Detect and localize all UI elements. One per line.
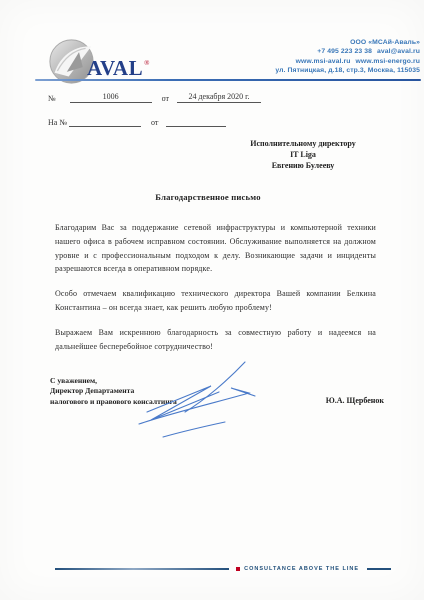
logo-text: AVAL [87, 58, 143, 79]
body-paragraph-2: Особо отмечаем квалификацию технического… [55, 287, 376, 315]
addressee-company: IT Liga [232, 149, 374, 160]
letter-title: Благодарственное письмо [0, 192, 416, 202]
footer-rule-long [55, 568, 229, 570]
reference-number-row: №1006от24 декабря 2020 г. [48, 92, 261, 103]
contact-address: ул. Пятницкая, д.18, стр.3, Москва, 1150… [275, 66, 420, 75]
contact-site1: www.msi-aval.ru [296, 58, 351, 65]
contact-site2: www.msi-energo.ru [355, 58, 420, 65]
contact-phone: +7 495 223 23 38 [317, 48, 372, 55]
reply-from-label: от [151, 118, 158, 127]
contact-email: aval@aval.ru [377, 48, 420, 55]
from-label: от [162, 94, 169, 103]
letter-body: Благодарим Вас за поддержание сетевой ин… [55, 221, 376, 364]
footer-slogan: CONSULTANCE ABOVE THE LINE [244, 566, 359, 572]
reply-number-blank [69, 116, 141, 127]
number-label: № [48, 94, 56, 103]
footer-bullet-icon [236, 567, 240, 571]
reply-label: На № [48, 118, 67, 127]
addressee-block: Исполнительному директору IT Liga Евгени… [232, 138, 374, 171]
signature-ink [133, 360, 268, 440]
footer-rule-short [367, 568, 391, 570]
date-value: 24 декабря 2020 г. [177, 92, 261, 103]
contact-phone-email: +7 495 223 23 38aval@aval.ru [275, 47, 420, 56]
addressee-name: Евгению Булееву [232, 160, 374, 171]
reference-block: №1006от24 декабря 2020 г. На №от [48, 92, 261, 140]
addressee-position: Исполнительному директору [232, 138, 374, 149]
letter-page: AVAL ® ООО «МСАй-Аваль» +7 495 223 23 38… [0, 0, 424, 600]
registered-trademark-icon: ® [144, 59, 149, 67]
body-paragraph-3: Выражаем Вам искреннюю благодарность за … [55, 326, 376, 354]
body-paragraph-1: Благодарим Вас за поддержание сетевой ин… [55, 221, 376, 276]
contact-websites: www.msi-aval.ruwww.msi-energo.ru [275, 57, 420, 66]
header-rule [35, 79, 421, 81]
reference-reply-row: На №от [48, 116, 261, 127]
company-logo: AVAL ® [48, 38, 149, 85]
contact-info: ООО «МСАй-Аваль» +7 495 223 23 38aval@av… [275, 38, 420, 76]
footer: CONSULTANCE ABOVE THE LINE [55, 563, 391, 575]
signer-name: Ю.А. Щербенок [326, 396, 384, 405]
number-value: 1006 [70, 92, 152, 103]
contact-company: ООО «МСАй-Аваль» [275, 38, 420, 47]
reply-date-blank [166, 116, 226, 127]
